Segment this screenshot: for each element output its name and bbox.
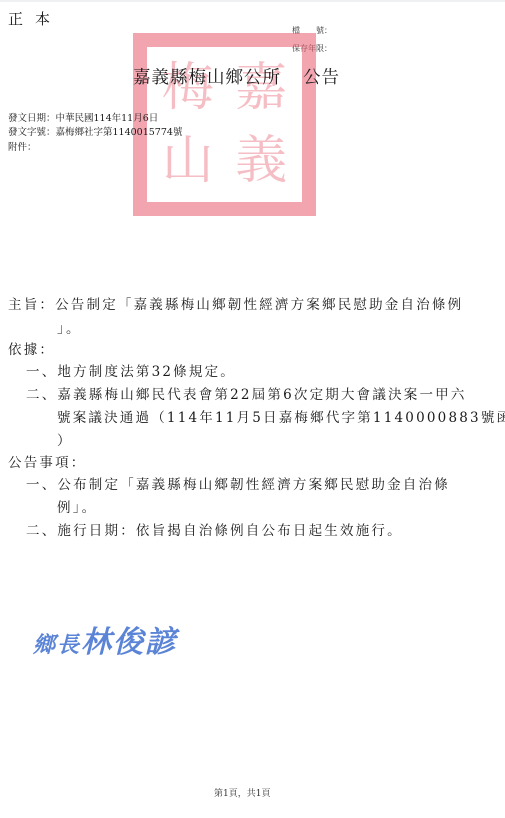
page-footer: 第1頁，共1頁 — [214, 786, 270, 799]
document-title: 嘉義縣梅山鄉公所公告 — [133, 64, 340, 89]
subject-line-continued: 」。 — [57, 317, 82, 337]
subject-line: 主旨：公告制定「嘉義縣梅山鄉韌性經濟方案鄉民慰助金自治條例 — [8, 293, 463, 313]
notice-item-1: 一、公布制定「嘉義縣梅山鄉韌性經濟方案鄉民慰助金自治條 — [26, 473, 450, 493]
issue-date: 發文日期：中華民國114年11月6日 — [8, 110, 158, 124]
notice-item-1-continued: 例」。 — [57, 496, 97, 516]
signature-name: 林俊諺 — [81, 625, 177, 660]
notice-item-2: 二、施行日期：依旨揭自治條例自公布日起生效施行。 — [26, 519, 403, 539]
basis-item-2-continued: 號案議決通過（114年11月5日嘉梅鄉代字第1140000883號函 — [57, 406, 505, 426]
document-type: 公告 — [303, 68, 340, 88]
signature-title: 鄉長 — [33, 632, 81, 658]
mayor-signature-stamp: 鄉長林俊諺 — [33, 617, 177, 661]
seal-glyph: 義 — [227, 127, 297, 197]
basis-item-2-end: ） — [57, 429, 73, 449]
issue-number: 發文字號：嘉梅鄉社字第1140015774號 — [8, 124, 182, 138]
scan-edge — [0, 0, 505, 2]
agency-name: 嘉義縣梅山鄉公所 — [133, 68, 281, 88]
notice-heading: 公告事項： — [8, 451, 87, 471]
basis-heading: 依據： — [8, 338, 55, 358]
basis-item-2: 二、嘉義縣梅山鄉民代表會第22屆第6次定期大會議決案一甲六 — [26, 383, 467, 403]
basis-item-1: 一、地方制度法第32條規定。 — [26, 360, 236, 380]
copy-mark: 正本 — [8, 8, 62, 29]
attachment-label: 附件： — [8, 139, 37, 153]
